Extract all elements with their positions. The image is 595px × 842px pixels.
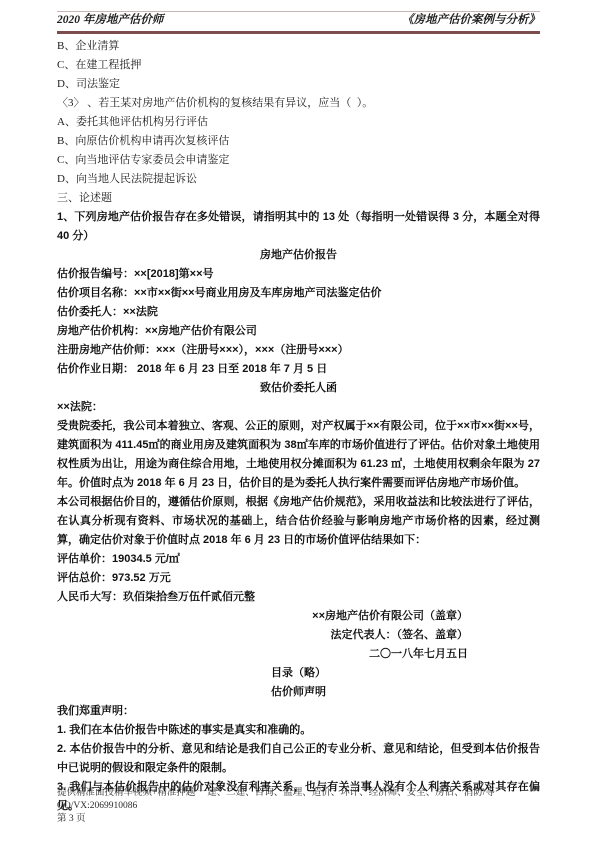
report-work-dates: 估价作业日期： 2018 年 6 月 23 日至 2018 年 7 月 5 日 (57, 360, 540, 379)
signature-date: 二〇一八年七月五日 (57, 645, 468, 664)
letter-salutation: ××法院： (57, 398, 540, 417)
question-3-option-d: D、向当地人民法院提起诉讼 (57, 170, 540, 189)
toc-line: 目录（略） (57, 664, 540, 683)
letter-title: 致估价委托人函 (57, 379, 540, 398)
report-agency: 房地产估价机构：××房地产估价有限公司 (57, 322, 540, 341)
prev-option-b: B、企业清算 (57, 37, 540, 56)
signature-legal-representative: 法定代表人：（签名、盖章） (57, 626, 468, 645)
header-book-title: 《房地产估价案例与分析》 (402, 11, 540, 27)
page-number: 第 3 页 (57, 813, 567, 826)
section-3-title: 三、论述题 (57, 189, 540, 208)
signature-block: ××房地产估价有限公司（盖章） 法定代表人：（签名、盖章） 二〇一八年七月五日 (57, 607, 540, 664)
result-total-price: 评估总价：973.52 万元 (57, 569, 540, 588)
question-3-option-a: A、委托其他评估机构另行评估 (57, 113, 540, 132)
report-client: 估价委托人：××法院 (57, 303, 540, 322)
letter-paragraph-2: 本公司根据估价目的，遵循估价原则，根据《房地产估价规范》，采用收益法和比较法进行… (57, 493, 540, 550)
result-unit-price: 评估单价：19034.5 元/㎡ (57, 550, 540, 569)
report-title: 房地产估价报告 (57, 246, 540, 265)
page-header: 2020 年房地产估价师 《房地产估价案例与分析》 (57, 11, 540, 34)
statement-2: 2. 本估价报告中的分析、意见和结论是我们自己公正的专业分析、意见和结论，但受到… (57, 740, 540, 778)
document-page: 2020 年房地产估价师 《房地产估价案例与分析》 B、企业清算 C、在建工程抵… (0, 0, 595, 842)
document-body: B、企业清算 C、在建工程抵押 D、司法鉴定 〈3〉 、若王某对房地产估价机构的… (57, 37, 540, 816)
prev-option-d: D、司法鉴定 (57, 75, 540, 94)
prev-option-c: C、在建工程抵押 (57, 56, 540, 75)
report-project-name: 估价项目名称：××市××街××号商业用房及车库房地产司法鉴定估价 (57, 284, 540, 303)
statement-title: 估价师声明 (57, 683, 540, 702)
page-footer: 提供精准面授精华视频+精准押题 一建、二建、咨询、监理、造价、环评、经济师、安全… (57, 787, 567, 826)
question-3-stem: 〈3〉 、若王某对房地产估价机构的复核结果有异议，应当（ ）。 (57, 94, 540, 113)
question-3-option-c: C、向当地评估专家委员会申请鉴定 (57, 151, 540, 170)
report-number: 估价报告编号：××[2018]第××号 (57, 265, 540, 284)
statement-intro: 我们郑重声明： (57, 702, 540, 721)
result-amount-in-words: 人民币大写：玖佰柒拾叁万伍仟贰佰元整 (57, 588, 540, 607)
signature-company: ××房地产估价有限公司（盖章） (57, 607, 468, 626)
letter-paragraph-1: 受贵院委托，我公司本着独立、客观、公正的原则，对产权属于××有限公司，位于××市… (57, 417, 540, 493)
header-course-title: 2020 年房地产估价师 (57, 11, 163, 27)
statement-1: 1. 我们在本估价报告中陈述的事实是真实和准确的。 (57, 721, 540, 740)
footer-promo-text: 提供精准面授精华视频+精准押题 一建、二建、咨询、监理、造价、环评、经济师、安全… (57, 787, 567, 813)
essay-question-1: 1、下列房地产估价报告存在多处错误，请指明其中的 13 处（每指明一处错误得 3… (57, 208, 540, 246)
question-3-option-b: B、向原估价机构申请再次复核评估 (57, 132, 540, 151)
report-appraisers: 注册房地产估价师：×××（注册号×××），×××（注册号×××） (57, 341, 540, 360)
